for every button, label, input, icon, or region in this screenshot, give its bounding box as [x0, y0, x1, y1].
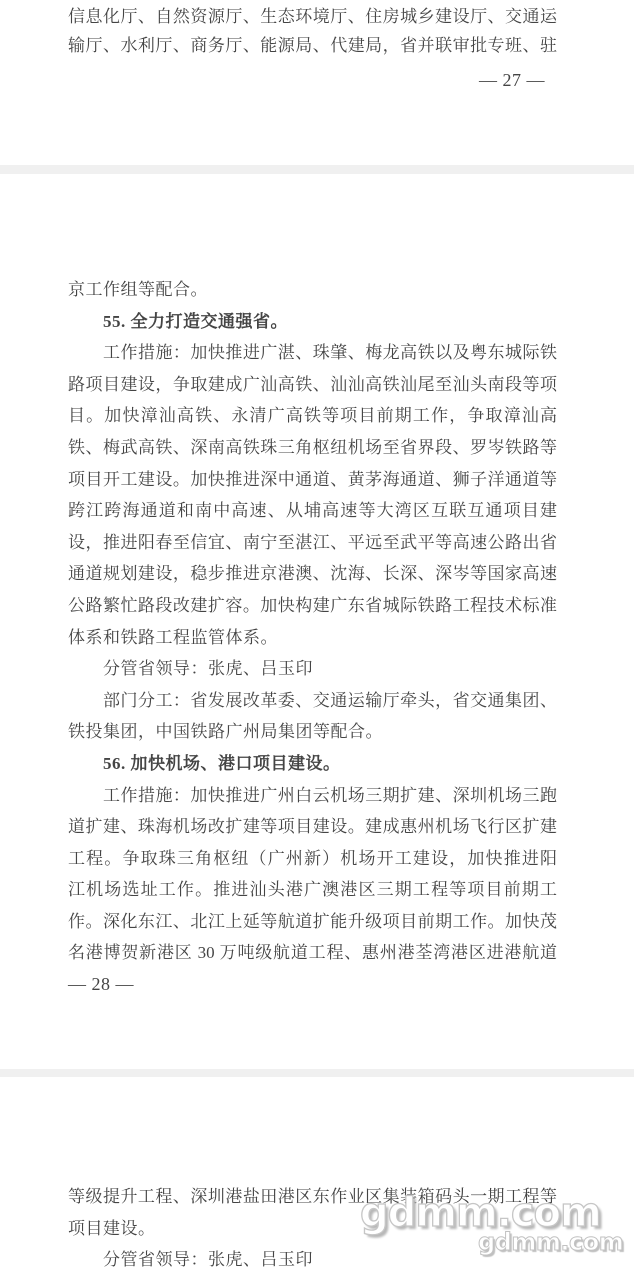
- text-line: 道扩建、珠海机场改扩建等项目建设。建成惠州机场飞行区扩建: [68, 811, 557, 843]
- text-line: 路项目建设，争取建成广汕高铁、汕汕高铁汕尾至汕头南段等项: [68, 369, 557, 401]
- text-line: 项目开工建设。加快推进深中通道、黄茅海通道、狮子洋通道等: [68, 464, 557, 496]
- text-line: 输厅、水利厅、商务厅、能源局、代建局，省并联审批专班、驻: [68, 31, 557, 60]
- text-line: 京工作组等配合。: [68, 274, 557, 306]
- page-27-text-column: 信息化厅、自然资源厅、生态环境厅、住房城乡建设厅、交通运输厅、水利厅、商务厅、能…: [68, 2, 557, 95]
- text-line: 跨江跨海通道和南中高速、从埔高速等大湾区互联互通项目建: [68, 495, 557, 527]
- text-line: 体系和铁路工程监管体系。: [68, 622, 557, 654]
- text-line: 名港博贺新港区 30 万吨级航道工程、惠州港荃湾港区进港航道: [68, 937, 557, 969]
- text-line: 铁、梅武高铁、深南高铁珠三角枢纽机场至省界段、罗岑铁路等: [68, 432, 557, 464]
- text-line: 目。加快漳汕高铁、永清广高铁等项目前期工作，争取漳汕高: [68, 400, 557, 432]
- page-gap-bottom: [0, 1069, 634, 1077]
- page-28-lines: 京工作组等配合。55. 全力打造交通强省。工作措施：加快推进广湛、珠肇、梅龙高铁…: [68, 274, 557, 969]
- text-line: 铁投集团，中国铁路广州局集团等配合。: [68, 716, 557, 748]
- text-line: 公路繁忙路段改建扩容。加快构建广东省城际铁路工程技术标准: [68, 590, 557, 622]
- text-line: 工程。争取珠三角枢纽（广州新）机场开工建设，加快推进阳: [68, 843, 557, 875]
- text-line: 通道规划建设，稳步推进京港澳、沈海、长深、深岑等国家高速: [68, 558, 557, 590]
- text-line: 作。深化东江、北江上延等航道扩能升级项目前期工作。加快茂: [68, 906, 557, 938]
- page-27-lines: 信息化厅、自然资源厅、生态环境厅、住房城乡建设厅、交通运输厅、水利厅、商务厅、能…: [68, 2, 557, 60]
- page-29-lines: 等级提升工程、深圳港盐田港区东作业区集装箱码头一期工程等项目建设。分管省领导：张…: [68, 1181, 557, 1276]
- document-viewer: 信息化厅、自然资源厅、生态环境厅、住房城乡建设厅、交通运输厅、水利厅、商务厅、能…: [0, 0, 634, 1280]
- text-line: 设，推进阳春至信宜、南宁至湛江、平远至武平等高速公路出省: [68, 527, 557, 559]
- text-line: 信息化厅、自然资源厅、生态环境厅、住房城乡建设厅、交通运: [68, 2, 557, 31]
- text-line: 等级提升工程、深圳港盐田港区东作业区集装箱码头一期工程等: [68, 1181, 557, 1213]
- text-line: 工作措施：加快推进广州白云机场三期扩建、深圳机场三跑: [68, 780, 557, 812]
- text-line: 项目建设。: [68, 1213, 557, 1245]
- text-line: 分管省领导：张虎、吕玉印: [68, 1244, 557, 1276]
- page-29-text-column: 等级提升工程、深圳港盐田港区东作业区集装箱码头一期工程等项目建设。分管省领导：张…: [68, 1181, 557, 1276]
- text-line: 工作措施：加快推进广湛、珠肇、梅龙高铁以及粤东城际铁: [68, 337, 557, 369]
- text-line: 部门分工：省发展改革委、交通运输厅牵头，省交通集团、: [68, 685, 557, 717]
- text-line: 江机场选址工作。推进汕头港广澳港区三期工程等项目前期工: [68, 874, 557, 906]
- text-line: 55. 全力打造交通强省。: [68, 306, 557, 338]
- text-line: 分管省领导：张虎、吕玉印: [68, 653, 557, 685]
- page-gap-top: [0, 165, 634, 174]
- page-number-28: — 28 —: [68, 969, 557, 1001]
- text-line: 56. 加快机场、港口项目建设。: [68, 748, 557, 780]
- page-28-text-column: 京工作组等配合。55. 全力打造交通强省。工作措施：加快推进广湛、珠肇、梅龙高铁…: [68, 274, 557, 1001]
- page-number-27: — 27 —: [68, 66, 557, 95]
